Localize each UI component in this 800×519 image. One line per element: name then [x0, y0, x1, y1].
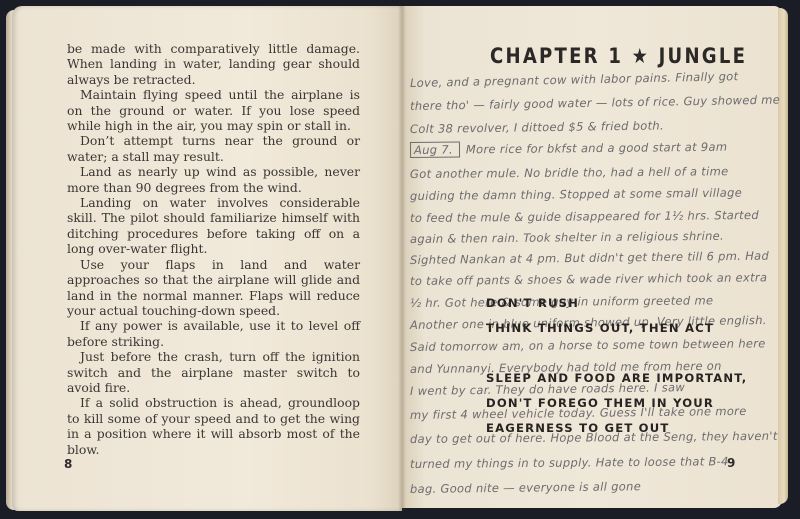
paragraph: Land as nearly up wind as possible, neve… [67, 164, 360, 195]
paragraph: Maintain flying speed until the airplane… [67, 87, 360, 133]
paragraph: Use your flaps in land and water approac… [67, 257, 360, 319]
handwritten-text: More rice for bkfst and a good start at … [466, 140, 728, 157]
paragraph: Landing on water involves considerable s… [67, 195, 360, 257]
handwritten-line: bag. Good nite — everyone is all gone [410, 479, 641, 496]
paragraph: Just before the crash, turn off the igni… [67, 349, 360, 395]
printed-rule: SLEEP AND FOOD ARE IMPORTANT, [486, 371, 747, 385]
right-page-edge [778, 8, 788, 504]
printed-rule: THINK THINGS OUT, THEN ACT [486, 321, 714, 335]
left-page-body: be made with comparatively little damage… [67, 41, 360, 457]
paragraph: If a solid obstruction is ahead, groundl… [67, 395, 360, 457]
paragraph: Don’t attempt turns near the ground or w… [67, 133, 360, 164]
printed-rule: DON'T FOREGO THEM IN YOUR [486, 396, 714, 410]
left-page-number: 8 [64, 457, 72, 471]
printed-rule: DON'T RUSH [486, 296, 579, 310]
date-box: Aug 7. [410, 141, 460, 158]
handwritten-line: Aug 7.More rice for bkfst and a good sta… [410, 139, 728, 158]
right-page-number: 9 [727, 456, 735, 470]
book-gutter [398, 6, 406, 511]
paragraph: If any power is available, use it to lev… [67, 318, 360, 349]
handwritten-line: turned my things in to supply. Hate to l… [410, 454, 729, 471]
chapter-title: CHAPTER 1 ★ JUNGLE [490, 44, 747, 68]
printed-rule: EAGERNESS TO GET OUT [486, 421, 669, 435]
handwritten-line: Got another mule. No bridle tho, had a h… [410, 164, 729, 181]
open-book: be made with comparatively little damage… [0, 0, 800, 519]
paragraph: be made with comparatively little damage… [67, 41, 360, 87]
